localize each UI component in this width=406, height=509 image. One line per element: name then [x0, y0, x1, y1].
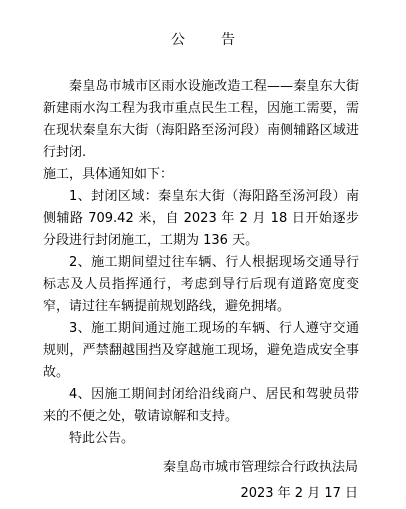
- paragraph-item-1: 1、封闭区域：秦皇东大街（海阳路至汤河段）南侧辅路 709.42 米，自 202…: [43, 186, 359, 252]
- signature-date: 2023 年 2 月 17 日: [240, 482, 358, 501]
- paragraph-closing: 特此公告。: [43, 428, 359, 450]
- title-char-1: 公: [171, 29, 185, 49]
- title-char-2: 告: [221, 29, 235, 49]
- notice-title: 公告: [0, 29, 406, 49]
- paragraph-item-2: 2、施工期间望过往车辆、行人根据现场交通导行标志及人员指挥通行，考虑到导行后现有…: [43, 252, 359, 318]
- signature-organization: 秦皇岛市城市管理综合行政执法局: [163, 456, 358, 475]
- paragraph-intro: 秦皇岛市城市区雨水设施改造工程——秦皇东大街新建雨水沟工程为我市重点民生工程，因…: [43, 76, 359, 164]
- paragraph-item-3: 3、施工期间通过施工现场的车辆、行人遵守交通规则，严禁翻越围挡及穿越施工现场，避…: [43, 318, 359, 384]
- paragraph-item-4: 4、因施工期间封闭给沿线商户、居民和驾驶员带来的不便之处，敬请谅解和支持。: [43, 384, 359, 428]
- notice-body: 秦皇岛市城市区雨水设施改造工程——秦皇东大街新建雨水沟工程为我市重点民生工程，因…: [43, 76, 359, 450]
- paragraph-intro-tail: 施工，具体通知如下：: [43, 164, 359, 186]
